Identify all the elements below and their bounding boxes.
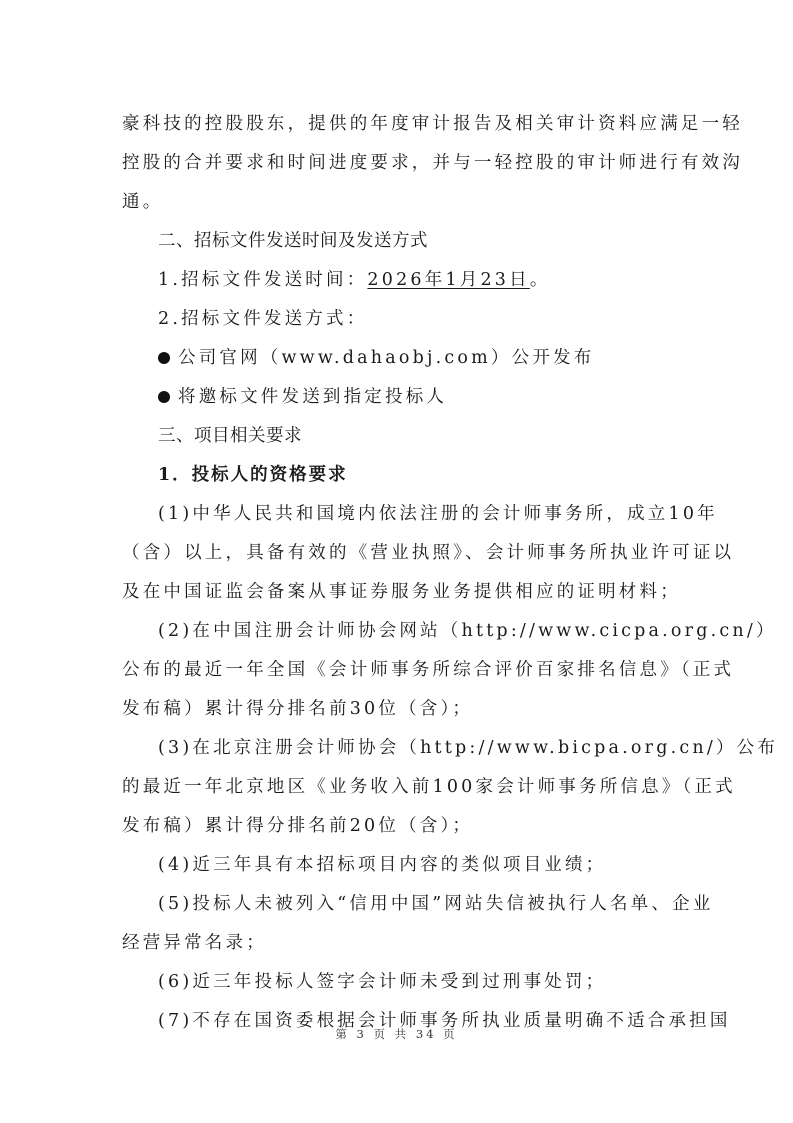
body-line: 通。 <box>122 183 674 222</box>
body-line: 豪科技的控股股东，提供的年度审计报告及相关审计资料应满足一轻 <box>122 105 674 144</box>
requirement-1-line: 及在中国证监会备案从事证券服务业务提供相应的证明材料； <box>122 573 674 612</box>
bullet-text: 公司官网（www.dahaobj.com）公开发布 <box>178 348 594 368</box>
requirement-5-line: 经营异常名录； <box>122 924 674 963</box>
document-page: 豪科技的控股股东，提供的年度审计报告及相关审计资料应满足一轻 控股的合并要求和时… <box>0 0 793 1123</box>
page-number-footer: 第 3 页 共 34 页 <box>0 1026 793 1042</box>
requirement-6-line: (6)近三年投标人签字会计师未受到过刑事处罚； <box>122 963 674 1002</box>
subsection-heading: 1．投标人的资格要求 <box>122 456 674 495</box>
requirement-4-line: (4)近三年具有本招标项目内容的类似项目业绩； <box>122 846 674 885</box>
requirement-3-line: 的最近一年北京地区《业务收入前100家会计师事务所信息》（正式 <box>122 768 674 807</box>
send-date: 2026年1月23日 <box>367 270 529 290</box>
page-body: 豪科技的控股股东，提供的年度审计报告及相关审计资料应满足一轻 控股的合并要求和时… <box>122 105 674 1041</box>
bullet-icon <box>158 391 170 403</box>
section-heading-2: 二、招标文件发送时间及发送方式 <box>122 222 674 261</box>
requirement-3-line: 发布稿）累计得分排名前20位（含）； <box>122 807 674 846</box>
requirement-2-line: 公布的最近一年全国《会计师事务所综合评价百家排名信息》（正式 <box>122 651 674 690</box>
bullet-icon <box>158 352 170 364</box>
body-line: 控股的合并要求和时间进度要求，并与一轻控股的审计师进行有效沟 <box>122 144 674 183</box>
requirement-1-line: （含）以上，具备有效的《营业执照》、会计师事务所执业许可证以 <box>122 534 674 573</box>
requirement-3-line: (3)在北京注册会计师协会（http://www.bicpa.org.cn/）公… <box>122 729 674 768</box>
bullet-item: 将邀标文件发送到指定投标人 <box>122 378 674 417</box>
requirement-5-line: (5)投标人未被列入“信用中国”网站失信被执行人名单、企业 <box>122 885 674 924</box>
requirement-2-line: (2)在中国注册会计师协会网站（http://www.cicpa.org.cn/… <box>122 612 674 651</box>
requirement-1-line: (1)中华人民共和国境内依法注册的会计师事务所，成立10年 <box>122 495 674 534</box>
send-method-label: 2.招标文件发送方式： <box>122 300 674 339</box>
send-time-line: 1.招标文件发送时间：2026年1月23日。 <box>122 261 674 300</box>
bullet-text: 将邀标文件发送到指定投标人 <box>178 387 447 407</box>
send-time-label: 1.招标文件发送时间： <box>158 270 367 290</box>
section-heading-3: 三、项目相关要求 <box>122 417 674 456</box>
send-time-suffix: 。 <box>530 270 551 290</box>
bullet-item: 公司官网（www.dahaobj.com）公开发布 <box>122 339 674 378</box>
requirement-2-line: 发布稿）累计得分排名前30位（含）； <box>122 690 674 729</box>
